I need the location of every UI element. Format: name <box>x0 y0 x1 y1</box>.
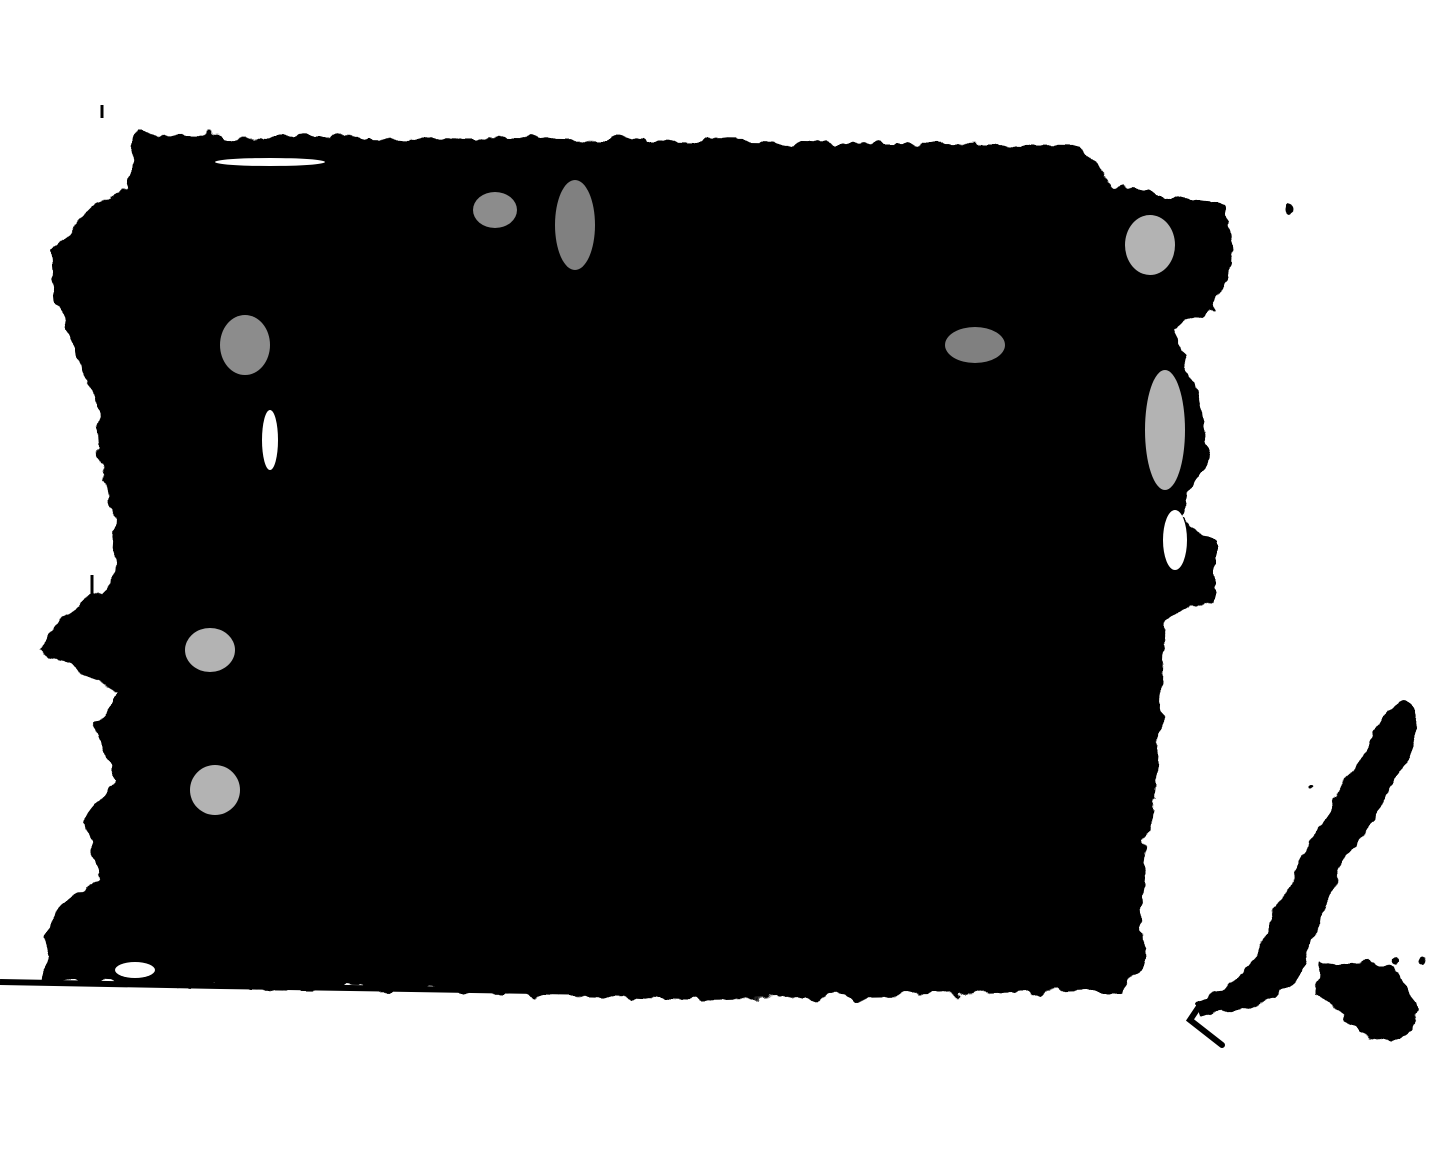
main-ink-blot <box>35 135 1235 1000</box>
ink-artwork <box>0 0 1445 1156</box>
